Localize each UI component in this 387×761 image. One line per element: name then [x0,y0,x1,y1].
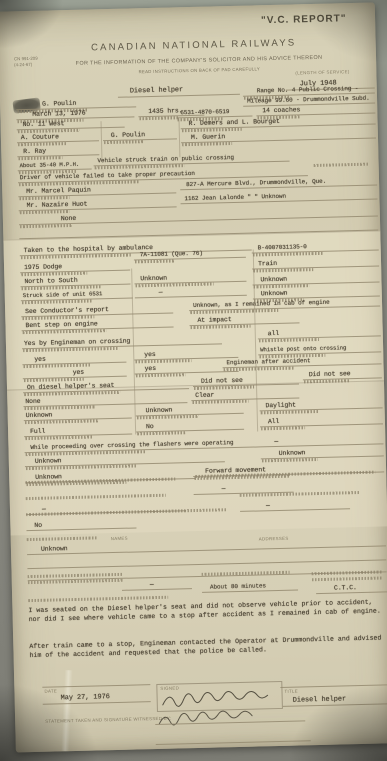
answer-at-impact: At impact [189,309,299,326]
field-value: Mr. Nazaire Huot [26,201,87,209]
answer-dash: — [122,575,192,591]
field-value: — [159,289,163,296]
answer-unknown: Unknown [23,405,131,422]
field-fireman: G. Poulin [103,125,177,141]
field-value: Struck side of unit 6531 [23,292,103,300]
field-value: On diesel helper's seat [27,382,115,391]
field-value: North to South [24,277,77,285]
field-value: — [221,486,225,493]
field-value: Full [30,428,45,435]
field-value: Did not see [201,377,243,385]
field-value: Train [258,260,277,267]
field-value: 7A-11081 (Que. 76) [140,251,203,259]
field-value: yes [34,356,46,363]
field-value: Unknown [279,450,306,457]
field-value: Unknown [35,458,62,465]
field-value: Unknown, as I remained in cab of engine [193,300,330,309]
answer-dash: — [240,495,350,512]
field-value: None [61,215,76,222]
photo-background: CN 991-209 (4-24-67) CANADIAN NATIONAL R… [0,0,387,761]
field-signoff-date: May 27, 1976 [42,688,150,705]
answer-train: Train [252,252,379,269]
answer-daylight: Daylight [259,394,382,411]
field-value: Yes by Engineman on crossing [24,338,131,347]
statement-paragraph: After train came to a stop, Engineman co… [29,634,385,660]
field-value: M. Guerin [191,134,225,141]
form-revision: (4-24-67) [14,62,32,67]
form-instruction: READ INSTRUCTIONS ON BACK OF PAD CAREFUL… [99,65,299,75]
field-value: Mr. Marcel Paquin [26,187,91,195]
field-value: G. Poulin [111,132,145,139]
witness-signature-line [156,740,311,745]
field-value: Diesel helper [130,87,183,95]
field-value: At impact [197,317,231,324]
answer-full: Full [24,421,132,438]
field-value: Clear [195,392,214,399]
field-value: C.T.C. [334,585,357,592]
field-value: May 27, 1976 [61,694,110,702]
signature-witness [155,703,266,730]
field-value: Vehicle struck train on public crossing [97,155,234,164]
field-value: No [34,522,42,529]
field-value: About 80 minutes [210,583,266,590]
field-value: R. Ray [23,148,46,155]
answer-all: all [258,322,381,339]
printed-label-texture [312,570,382,574]
printed-label-texture [28,596,168,602]
field-occupation: Diesel helper [118,81,240,98]
answer-unknown: Unknown [260,442,383,459]
answer-all: All [260,410,383,427]
field-drivers-license: B-4007031135-0 [251,236,378,253]
form-title: CANADIAN NATIONAL RAILWAYS [79,37,309,54]
form-number: CN 991-209 [14,56,38,62]
field-value: None [25,398,40,405]
answer-no: No [136,416,244,433]
field-value: 1162 Jean Lalonde " " Unknown [184,194,286,202]
field-value: No [146,424,154,431]
answer-no: No [26,514,136,531]
rule-line [42,684,150,688]
field-vehicle-license: 7A-11081 (Que. 76) [134,244,246,261]
field-value: yes [73,369,85,376]
form-subtitle: FOR THE INFORMATION OF THE COMPANY'S SOL… [49,54,349,67]
field-value: — [266,503,270,510]
field-value: Daylight [265,402,296,409]
field-value: Unknown [146,407,173,414]
field-value: yes [144,351,156,358]
vc-report-tag: "V.C. REPORT" [261,13,347,26]
answer-bent-step: Bent step on engine [21,313,173,331]
field-value: B-4007031135-0 [258,244,307,251]
answer-ctc: C.T.C. [316,578,387,594]
field-value: Did not see [309,371,351,379]
field-value: See Conductor's report [25,307,109,316]
paper-crease [61,670,73,751]
field-value: All [268,418,280,425]
field-value: — [150,582,154,589]
field-value: Diesel helper [293,696,346,704]
field-value: Bent step on engine [25,321,97,329]
field-value: Unknown [260,276,287,283]
field-value: yes [145,365,157,372]
rule-line [280,684,387,688]
statement-paragraph: I was seated on the Diesel helper's seat… [28,598,384,624]
answer-did-not-see: Did not see [303,364,382,380]
field-value: Unknown [41,546,68,553]
printed-label-texture [314,163,369,167]
answer-struck-side: Struck side of unit 6531 [21,284,133,301]
field-value: Unknown [26,412,53,419]
answer-train-held-duration: About 80 minutes [202,577,298,593]
report-form-paper: CN 991-209 (4-24-67) CANADIAN NATIONAL R… [0,2,387,752]
field-value: A. Couture [21,134,59,141]
field-value: R. Demers and L. Bourget [189,118,280,127]
field-signoff-title: Diesel helper [283,690,387,707]
field-value: No. 11 West [23,121,65,129]
field-value: all [268,330,280,337]
field-value: Engineman after accident [226,358,310,366]
witnessed-by-label: STATEMENT TAKEN AND SIGNATURE WITNESSED … [45,716,171,724]
field-value: 1975 Dodge [24,264,62,271]
answer-unknown: Unknown [135,400,243,417]
field-value: Unknown [140,275,167,282]
